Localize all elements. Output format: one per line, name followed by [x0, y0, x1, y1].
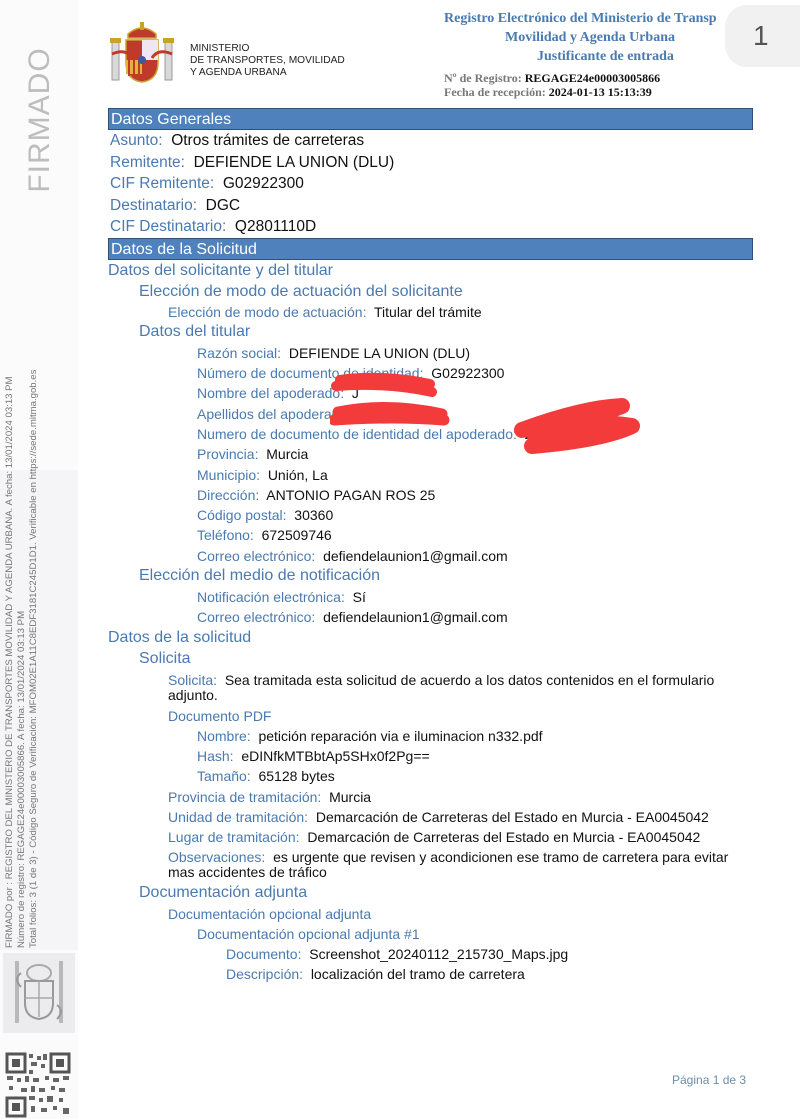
field-label: Tamaño:	[197, 768, 251, 784]
registry-title-line1: Registro Electrónico del Ministerio de T…	[440, 9, 740, 28]
general-field: Asunto: Otros trámites de carreteras	[108, 130, 753, 152]
field-value: Sea tramitada esta solicitud de acuerdo …	[168, 672, 714, 703]
field-label: Elección de modo de actuación:	[168, 304, 366, 320]
field-value: Murcia	[329, 789, 371, 805]
fecha-label: Fecha de recepción:	[444, 85, 546, 99]
section-band-datos-solicitud: Datos de la Solicitud	[108, 238, 753, 260]
field-value: Screenshot_20240112_215730_Maps.jpg	[309, 946, 568, 962]
registry-title-line2: Movilidad y Agenda Urbana	[440, 28, 740, 47]
field-value: Sí	[353, 589, 366, 605]
field-label: CIF Destinatario:	[110, 218, 226, 235]
field-label: CIF Remitente:	[110, 175, 214, 192]
field-label: Lugar de tramitación:	[168, 829, 300, 845]
qr-code-icon[interactable]	[3, 1050, 73, 1119]
titular-field: Dirección: ANTONIO PAGAN ROS 25	[108, 485, 753, 505]
registro-number: Nº de Registro: REGAGE24e00003005866	[444, 71, 660, 85]
field-label: Documento:	[226, 946, 301, 962]
page-indicator: Página 1 de 3	[672, 1073, 746, 1087]
field-observaciones: Observaciones: es urgente que revisen y …	[108, 847, 753, 883]
ministry-name: MINISTERIO DE TRANSPORTES, MOVILIDAD Y A…	[190, 43, 345, 79]
field-label: Hash:	[197, 748, 234, 764]
document-type: Justificante de entrada	[537, 49, 674, 65]
signature-strip: FIRMADO FIRMADO por : REGISTRO DEL MINIS…	[0, 0, 78, 1119]
field-label: Provincia de tramitación:	[168, 789, 321, 805]
titular-field: Código postal: 30360	[108, 505, 753, 525]
field-value: ANTONIO PAGAN ROS 25	[266, 487, 435, 503]
field-label: Solicita:	[168, 672, 217, 688]
field-value: eDINfkMTBbtAp5SHx0f2Pg==	[241, 748, 429, 764]
field-label: Nombre del apoderado:	[197, 385, 344, 401]
field-label: Apellidos del apoderado:	[197, 406, 351, 422]
ministry-line: DE TRANSPORTES, MOVILIDAD	[190, 55, 345, 67]
section-band-datos-generales: Datos Generales	[108, 108, 753, 130]
titular-field: Correo electrónico: defiendelaunion1@gma…	[108, 546, 753, 566]
subsection-solicitante-titular: Datos del solicitante y del titular	[108, 260, 753, 282]
registry-meta: Nº de Registro: REGAGE24e00003005866 Fec…	[444, 71, 660, 99]
pdf-field: Hash: eDINfkMTBbtAp5SHx0f2Pg==	[108, 746, 753, 766]
signature-line: Número de registro: REGAGE24e00003005866…	[16, 288, 28, 948]
page-number-badge: 1	[725, 5, 800, 67]
signature-line: Total folios: 3 (1 de 3) - Código Seguro…	[28, 288, 40, 948]
field-label: Provincia:	[197, 446, 258, 462]
general-field: CIF Remitente: G02922300	[108, 173, 753, 195]
field-value: DEFIENDE LA UNION (DLU)	[194, 154, 395, 171]
fecha-value: 2024-01-13 15:13:39	[549, 85, 652, 99]
registro-label: Nº de Registro:	[444, 71, 522, 85]
field-value: Otros trámites de carreteras	[171, 132, 364, 149]
field-label: Descripción:	[226, 966, 303, 982]
field-label: Remitente:	[110, 154, 185, 171]
subsection-documentacion-opcional: Documentación opcional adjunta	[108, 904, 753, 924]
subsection-datos-titular: Datos del titular	[108, 322, 753, 343]
general-field: Destinatario: DGC	[108, 195, 753, 217]
titular-field: Razón social: DEFIENDE LA UNION (DLU)	[108, 343, 753, 363]
tramitacion-field: Unidad de tramitación: Demarcación de Ca…	[108, 807, 753, 827]
field-label: Unidad de tramitación:	[168, 809, 308, 825]
tramitacion-field: Provincia de tramitación: Murcia	[108, 787, 753, 807]
signature-line: FIRMADO por : REGISTRO DEL MINISTERIO DE…	[4, 288, 16, 948]
field-value: Demarcación de Carreteras del Estado en …	[307, 829, 700, 845]
field-value: Q2801110D	[235, 218, 316, 235]
field-label: Nombre:	[197, 728, 251, 744]
spain-coat-of-arms-icon	[108, 20, 176, 88]
subsection-datos-solicitud: Datos de la solicitud	[108, 627, 753, 649]
field-label: Destinatario:	[110, 197, 197, 214]
coat-of-arms-seal-icon	[3, 953, 75, 1033]
field-label: Municipio:	[197, 467, 260, 483]
field-value: 30360	[294, 507, 333, 523]
field-value: Demarcación de Carreteras del Estado en …	[316, 809, 709, 825]
tramitacion-field: Lugar de tramitación: Demarcación de Car…	[108, 827, 753, 847]
field-value: Unión, La	[268, 467, 328, 483]
signature-details: FIRMADO por : REGISTRO DEL MINISTERIO DE…	[4, 288, 40, 948]
subsection-documentacion-adjunta: Documentación adjunta	[108, 883, 753, 904]
subsection-notificacion: Elección del medio de notificación	[108, 566, 753, 587]
field-label: Observaciones:	[168, 849, 265, 865]
subsection-solicita: Solicita	[108, 649, 753, 670]
general-field: CIF Destinatario: Q2801110D	[108, 216, 753, 238]
field-label: Notificación electrónica:	[197, 589, 345, 605]
notificacion-field: Notificación electrónica: Sí	[108, 587, 753, 607]
field-value: DGC	[206, 197, 240, 214]
field-value: localización del tramo de carretera	[311, 966, 525, 982]
field-label: Correo electrónico:	[197, 548, 315, 564]
general-field: Remitente: DEFIENDE LA UNION (DLU)	[108, 152, 753, 174]
pdf-field: Nombre: petición reparación via e ilumin…	[108, 726, 753, 746]
fecha-recepcion: Fecha de recepción: 2024-01-13 15:13:39	[444, 85, 660, 99]
field-value: Titular del trámite	[374, 304, 482, 320]
field-label: Código postal:	[197, 507, 287, 523]
document-body: Datos Generales Asunto: Otros trámites d…	[108, 108, 753, 985]
subsection-documento-pdf: Documento PDF	[108, 706, 753, 726]
field-value: Murcia	[266, 446, 308, 462]
field-label: Correo electrónico:	[197, 609, 315, 625]
field-label: Teléfono:	[197, 527, 254, 543]
field-modo-actuacion: Elección de modo de actuación: Titular d…	[108, 302, 753, 322]
titular-field: Municipio: Unión, La	[108, 465, 753, 485]
adjunto-field: Descripción: localización del tramo de c…	[108, 964, 753, 984]
ministry-line: Y AGENDA URBANA	[190, 67, 345, 79]
field-value: petición reparación via e iluminacion n3…	[258, 728, 542, 744]
subsection-modo-actuacion: Elección de modo de actuación del solici…	[108, 282, 753, 303]
subsection-opcional-item: Documentación opcional adjunta #1	[108, 924, 753, 944]
field-value: defiendelaunion1@gmail.com	[323, 548, 508, 564]
notificacion-field: Correo electrónico: defiendelaunion1@gma…	[108, 607, 753, 627]
field-value: defiendelaunion1@gmail.com	[323, 609, 508, 625]
field-value: DEFIENDE LA UNION (DLU)	[289, 345, 470, 361]
firmado-stamp: FIRMADO	[23, 47, 57, 192]
field-solicita: Solicita: Sea tramitada esta solicitud d…	[108, 670, 753, 706]
field-value: 672509746	[262, 527, 332, 543]
field-label: Asunto:	[110, 132, 163, 149]
registry-title: Registro Electrónico del Ministerio de T…	[440, 9, 740, 47]
registro-value: REGAGE24e00003005866	[525, 71, 660, 85]
ministry-line: MINISTERIO	[190, 43, 345, 55]
field-label: Razón social:	[197, 345, 281, 361]
pdf-field: Tamaño: 65128 bytes	[108, 766, 753, 786]
field-value: G02922300	[223, 175, 304, 192]
redaction-marks	[330, 372, 640, 462]
adjunto-field: Documento: Screenshot_20240112_215730_Ma…	[108, 944, 753, 964]
field-label: Dirección:	[197, 487, 259, 503]
field-value: 65128 bytes	[258, 768, 334, 784]
titular-field: Teléfono: 672509746	[108, 525, 753, 545]
